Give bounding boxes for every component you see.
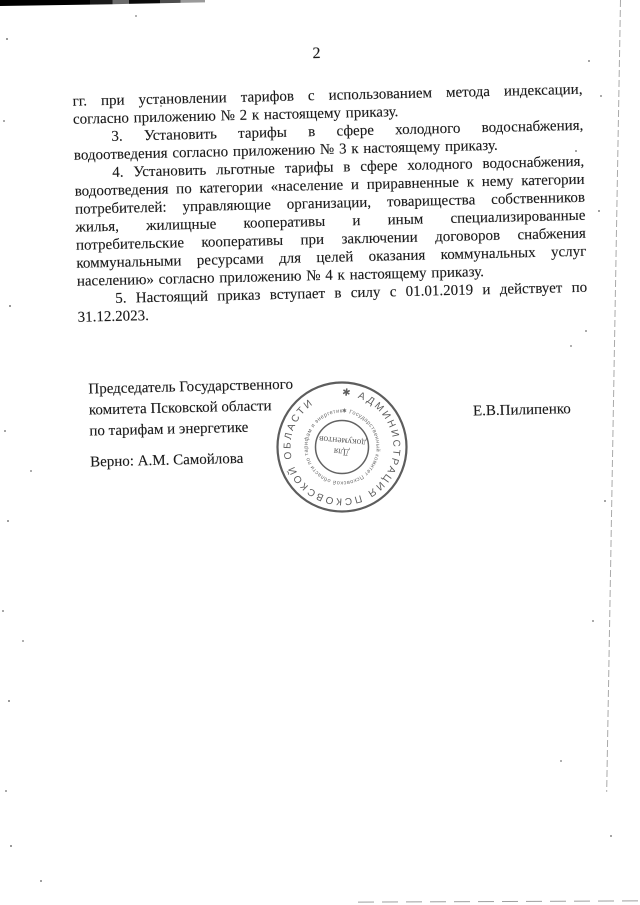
page-number: 2 [0, 38, 637, 71]
scan-noise-speckles [0, 0, 2, 2]
svg-text:Для: Для [333, 445, 350, 456]
scanned-document: { "doc": { "page_number": "2", "body_lin… [0, 0, 640, 905]
signee-name: Е.В.Пилипенко [473, 401, 571, 420]
official-stamp: ✱ АДМИНИСТРАЦИЯ ПСКОВСКОЙ ОБЛАСТИ ✱ Госу… [267, 372, 417, 522]
order-body: гг. при установлении тарифов с использов… [72, 81, 587, 327]
svg-text:документов: документов [318, 433, 366, 447]
document-page: 2 гг. при установлении тарифов с использ… [0, 0, 640, 905]
stamp-center-text: Для документов [317, 433, 366, 458]
